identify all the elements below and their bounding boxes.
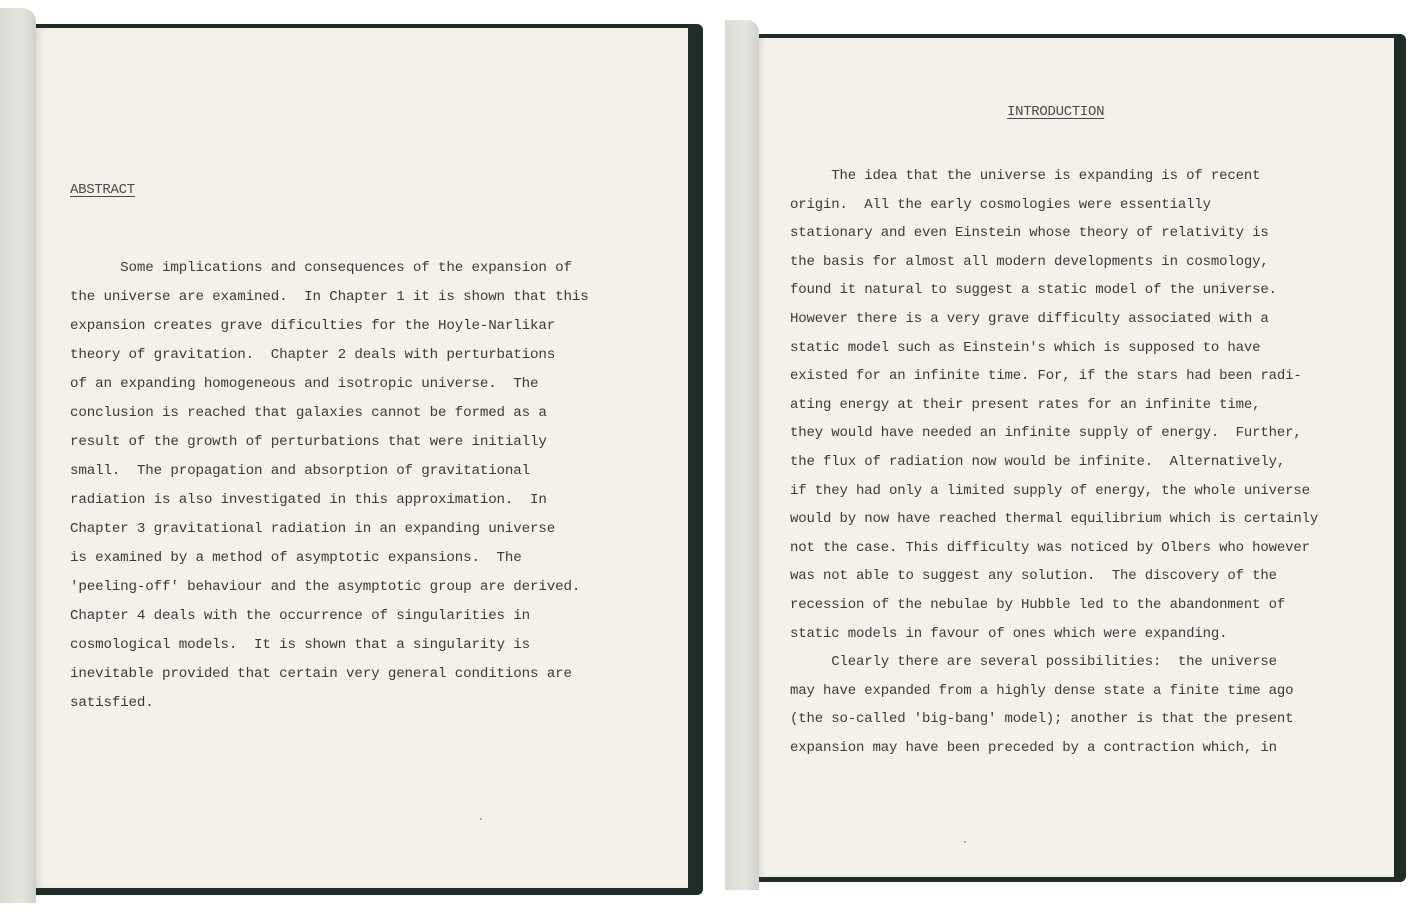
text-line: the basis for almost all modern developm… bbox=[790, 248, 1318, 277]
text-line: existed for an infinite time. For, if th… bbox=[790, 362, 1318, 391]
text-line: they would have needed an infinite suppl… bbox=[790, 419, 1318, 448]
text-line: theory of gravitation. Chapter 2 deals w… bbox=[70, 341, 589, 370]
text-line: not the case. This difficulty was notice… bbox=[790, 534, 1318, 563]
text-line: the flux of radiation now would be infin… bbox=[790, 448, 1318, 477]
text-line: stationary and even Einstein whose theor… bbox=[790, 219, 1318, 248]
text-line: was not able to suggest any solution. Th… bbox=[790, 562, 1318, 591]
text-line: found it natural to suggest a static mod… bbox=[790, 276, 1318, 305]
text-line: expansion creates grave dificulties for … bbox=[70, 312, 589, 341]
text-line: would by now have reached thermal equili… bbox=[790, 505, 1318, 534]
text-line: is examined by a method of asymptotic ex… bbox=[70, 544, 589, 573]
text-line: static model such as Einstein's which is… bbox=[790, 334, 1318, 363]
text-line: 'peeling-off' behaviour and the asymptot… bbox=[70, 573, 589, 602]
text-line: cosmological models. It is shown that a … bbox=[70, 631, 589, 660]
text-line: static models in favour of ones which we… bbox=[790, 620, 1318, 649]
text-line: ating energy at their present rates for … bbox=[790, 391, 1318, 420]
text-line: of an expanding homogeneous and isotropi… bbox=[70, 370, 589, 399]
text-line: However there is a very grave difficulty… bbox=[790, 305, 1318, 334]
text-line: inevitable provided that certain very ge… bbox=[70, 660, 589, 689]
text-line: (the so-called 'big-bang' model); anothe… bbox=[790, 705, 1318, 734]
abstract-text: Some implications and consequences of th… bbox=[70, 254, 589, 718]
right-flyleaf bbox=[725, 20, 759, 890]
text-line: origin. All the early cosmologies were e… bbox=[790, 191, 1318, 220]
text-line: conclusion is reached that galaxies cann… bbox=[70, 399, 589, 428]
text-line: if they had only a limited supply of ene… bbox=[790, 477, 1318, 506]
text-line: result of the growth of perturbations th… bbox=[70, 428, 589, 457]
paper-speck bbox=[480, 818, 482, 820]
text-line: radiation is also investigated in this a… bbox=[70, 486, 589, 515]
introduction-heading: INTRODUCTION bbox=[1007, 104, 1104, 120]
introduction-page: INTRODUCTION The idea that the universe … bbox=[758, 38, 1394, 877]
text-line: the universe are examined. In Chapter 1 … bbox=[70, 283, 589, 312]
paper-speck bbox=[964, 841, 966, 843]
text-line: The idea that the universe is expanding … bbox=[790, 162, 1318, 191]
text-line: recession of the nebulae by Hubble led t… bbox=[790, 591, 1318, 620]
left-flyleaf bbox=[0, 8, 36, 903]
text-line: Some implications and consequences of th… bbox=[70, 254, 589, 283]
text-line: Chapter 4 deals with the occurrence of s… bbox=[70, 602, 589, 631]
introduction-text: The idea that the universe is expanding … bbox=[790, 162, 1318, 762]
abstract-heading: ABSTRACT bbox=[70, 182, 135, 198]
text-line: satisfied. bbox=[70, 689, 589, 718]
abstract-page: ABSTRACT Some implications and consequen… bbox=[36, 28, 688, 888]
text-line: may have expanded from a highly dense st… bbox=[790, 677, 1318, 706]
text-line: expansion may have been preceded by a co… bbox=[790, 734, 1318, 763]
text-line: Chapter 3 gravitational radiation in an … bbox=[70, 515, 589, 544]
text-line: small. The propagation and absorption of… bbox=[70, 457, 589, 486]
text-line: Clearly there are several possibilities:… bbox=[790, 648, 1318, 677]
